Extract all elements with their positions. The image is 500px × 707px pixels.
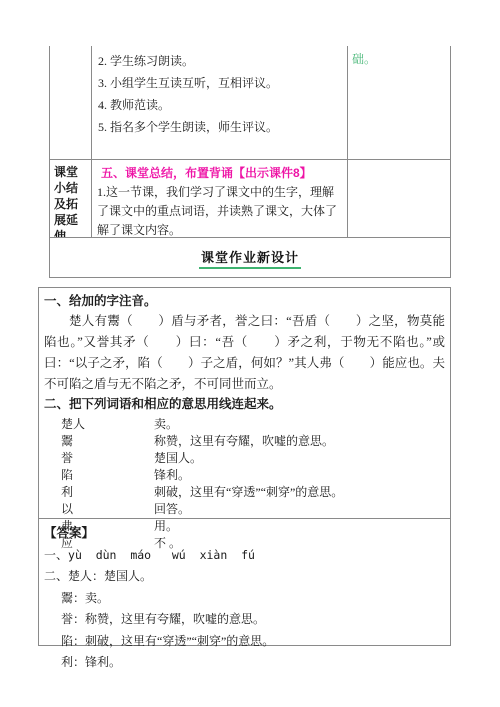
table-row-homework-title: 课堂作业新设计 — [50, 238, 450, 278]
match-term: 誉 — [44, 450, 154, 467]
question-2-heading: 二、把下列词语和相应的意思用线连起来。 — [44, 395, 445, 414]
answer-line-2: 二、楚人：楚国人。 — [44, 566, 445, 588]
match-row: 鬻 称赞，这里有夸耀，吹嘘的意思。 — [44, 433, 445, 450]
matching-exercise: 楚人 卖。 鬻 称赞，这里有夸耀，吹嘘的意思。 誉 楚国人。 陷 锋利。 利 刺… — [44, 416, 445, 552]
match-row: 陷 锋利。 — [44, 467, 445, 484]
match-row: 楚人 卖。 — [44, 416, 445, 433]
stage-label-text: 课堂小结及拓展延伸（ — [54, 165, 78, 237]
margin-note-cell-empty — [348, 160, 450, 237]
answer-item: 鬻：卖。 — [44, 588, 445, 610]
homework-section-title: 课堂作业新设计 — [199, 247, 301, 269]
question-1-heading: 一、给加的字注音。 — [44, 292, 445, 311]
match-term: 鬻 — [44, 433, 154, 450]
answer-item: 誉：称赞，这里有夸耀，吹嘘的意思。 — [44, 609, 445, 631]
stage-cell-empty — [50, 46, 92, 159]
question-1-passage: 楚人有鬻（ ）盾与矛者，誉之曰：“吾盾（ ）之坚，物莫能陷也。”又誉其矛（ ）曰… — [44, 311, 445, 395]
step-item: 5. 指名多个学生朗读，师生评议。 — [98, 116, 343, 138]
match-row: 弗 用。 — [44, 518, 445, 535]
match-row: 誉 楚国人。 — [44, 450, 445, 467]
exercise-section: 一、给加的字注音。 楚人有鬻（ ）盾与矛者，誉之曰：“吾盾（ ）之坚，物莫能陷也… — [39, 288, 450, 519]
section-heading: 五、课堂总结，布置背诵【出示课件8】 — [97, 163, 343, 183]
step-item: 3. 小组学生互读互听，互相评议。 — [98, 72, 343, 94]
step-item: 4. 教师范读。 — [98, 94, 343, 116]
table-row-reading-steps: 2. 学生练习朗读。 3. 小组学生互读互听，互相评议。 4. 教师范读。 5.… — [50, 46, 450, 160]
reading-steps-cell: 2. 学生练习朗读。 3. 小组学生互读互听，互相评议。 4. 教师范读。 5.… — [92, 46, 348, 159]
match-term: 利 — [44, 484, 154, 501]
answer-item: 利：锋利。 — [44, 652, 445, 674]
match-row: 利 刺破，这里有“穿透”“刺穿”的意思。 — [44, 484, 445, 501]
answer-1-pinyin: yù dùn máo wú xiàn fú — [68, 548, 255, 562]
margin-note-text: 础。 — [352, 52, 376, 66]
margin-note-cell: 础。 — [348, 46, 450, 159]
match-definition: 卖。 — [154, 416, 445, 433]
match-definition: 锋利。 — [154, 467, 445, 484]
match-row: 以 回答。 — [44, 501, 445, 518]
match-term: 陷 — [44, 467, 154, 484]
match-definition: 用。 — [154, 518, 445, 535]
lesson-plan-table: 2. 学生练习朗读。 3. 小组学生互读互听，互相评议。 4. 教师范读。 5.… — [49, 46, 451, 278]
match-term: 楚人 — [44, 416, 154, 433]
summary-cell: 五、课堂总结，布置背诵【出示课件8】 1.这一节课，我们学习了课文中的生字，理解… — [92, 160, 348, 237]
match-definition: 称赞，这里有夸耀，吹嘘的意思。 — [154, 433, 445, 450]
step-item: 2. 学生练习朗读。 — [98, 50, 343, 72]
table-row-summary: 课堂小结及拓展延伸（2）分钟 五、课堂总结，布置背诵【出示课件8】 1.这一节课… — [50, 160, 450, 238]
stage-label: 课堂小结及拓展延伸（2）分钟 — [50, 160, 92, 237]
answer-1-prefix: 一、 — [44, 548, 68, 562]
match-definition: 刺破，这里有“穿透”“刺穿”的意思。 — [154, 484, 445, 501]
document-page: { "colors": { "border_gray": "#8a8a8a", … — [0, 0, 500, 707]
answer-item: 陷：刺破，这里有“穿透”“刺穿”的意思。 — [44, 631, 445, 653]
match-definition: 楚国人。 — [154, 450, 445, 467]
summary-paragraph: 1.这一节课，我们学习了课文中的生字，理解了课文中的重点词语，并读熟了课文，大体… — [97, 183, 343, 237]
match-term: 以 — [44, 501, 154, 518]
match-definition: 回答。 — [154, 501, 445, 518]
homework-box: 一、给加的字注音。 楚人有鬻（ ）盾与矛者，誉之曰：“吾盾（ ）之坚，物莫能陷也… — [38, 287, 451, 646]
